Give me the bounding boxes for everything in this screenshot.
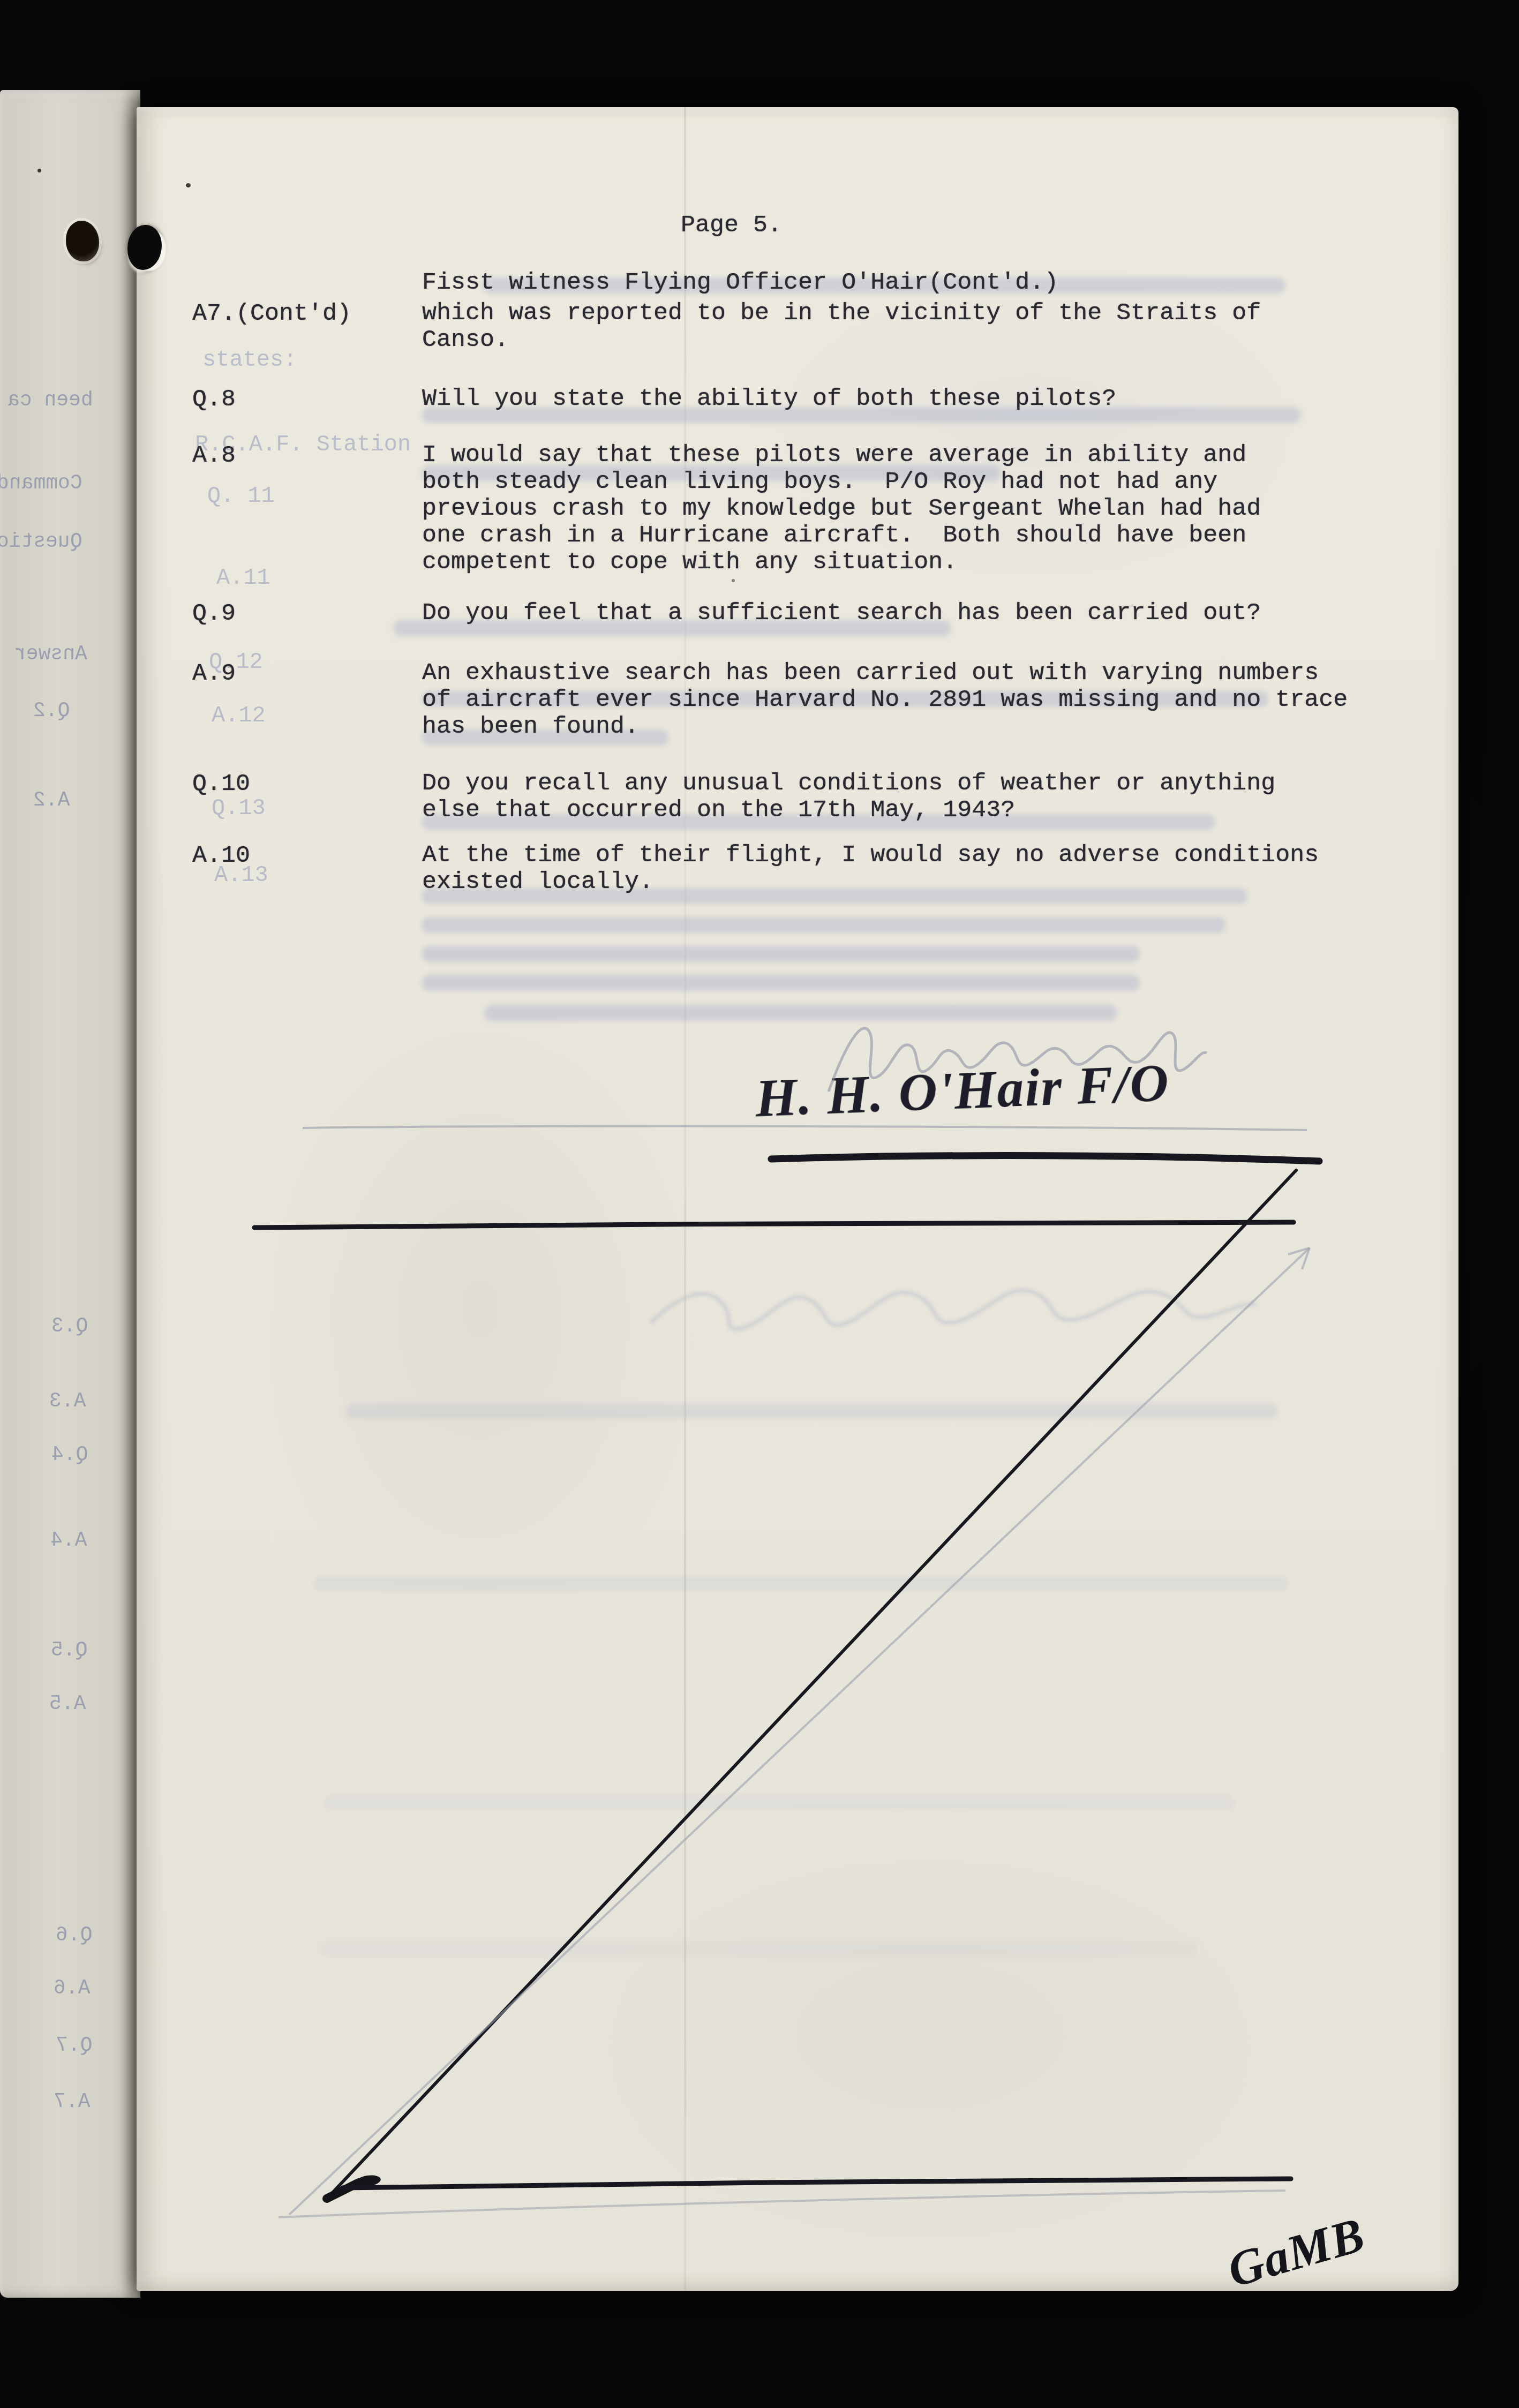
strikeout-corner-arrow bbox=[327, 2183, 359, 2199]
mirrored-bleed-text: A.5 bbox=[49, 1692, 86, 1715]
strikeout-bottom-line bbox=[343, 2179, 1291, 2188]
mirrored-bleed-text: Command bbox=[0, 472, 82, 495]
mirrored-bleed-text: Questio bbox=[0, 530, 82, 553]
mirrored-bleed-text: Answer bbox=[14, 643, 87, 666]
paper-speck bbox=[37, 169, 41, 172]
mirrored-bleed-text: A.4 bbox=[50, 1529, 87, 1552]
mirrored-bleed-text: A.6 bbox=[54, 1977, 90, 2000]
signature-underline bbox=[771, 1156, 1319, 1161]
punch-hole-under-page bbox=[66, 221, 99, 261]
mirrored-bleed-text: A.2 bbox=[33, 789, 70, 812]
pencil-rule-line bbox=[303, 1126, 1307, 1130]
mirrored-bleed-text: Q.4 bbox=[51, 1443, 88, 1466]
strikeout-diagonal-line bbox=[329, 1170, 1296, 2196]
mirrored-bleed-text: been ca bbox=[7, 389, 93, 412]
mirrored-bleed-text: Q.3 bbox=[51, 1315, 88, 1338]
mirrored-bleed-text: Q.2 bbox=[33, 699, 70, 723]
strikeout-top-line bbox=[254, 1222, 1294, 1228]
paper-speck bbox=[732, 579, 735, 582]
pencil-diagonal-line bbox=[289, 1248, 1310, 2215]
mirrored-bleed-text: Q.5 bbox=[51, 1639, 87, 1662]
mirrored-bleed-text: Q.7 bbox=[56, 2034, 92, 2057]
paper-speck bbox=[186, 183, 191, 187]
scanned-document-photo: been ca Command Questio Answer Q.2 A.2 Q… bbox=[0, 0, 1519, 2408]
pencil-bottom-line bbox=[279, 2191, 1285, 2217]
mirrored-bleed-text: Q.6 bbox=[56, 1924, 92, 1947]
pencil-signature bbox=[829, 1028, 1207, 1092]
mirrored-bleed-text: A.3 bbox=[49, 1390, 86, 1413]
underlying-page-edge: been ca Command Questio Answer Q.2 A.2 Q… bbox=[0, 90, 140, 2298]
document-page: states: R.C.A.F. Station Q. 11 A.11 Q.12… bbox=[137, 107, 1458, 2291]
hand-drawn-marks-overlay bbox=[137, 107, 1458, 2291]
mirrored-bleed-text: A.7 bbox=[54, 2090, 90, 2113]
